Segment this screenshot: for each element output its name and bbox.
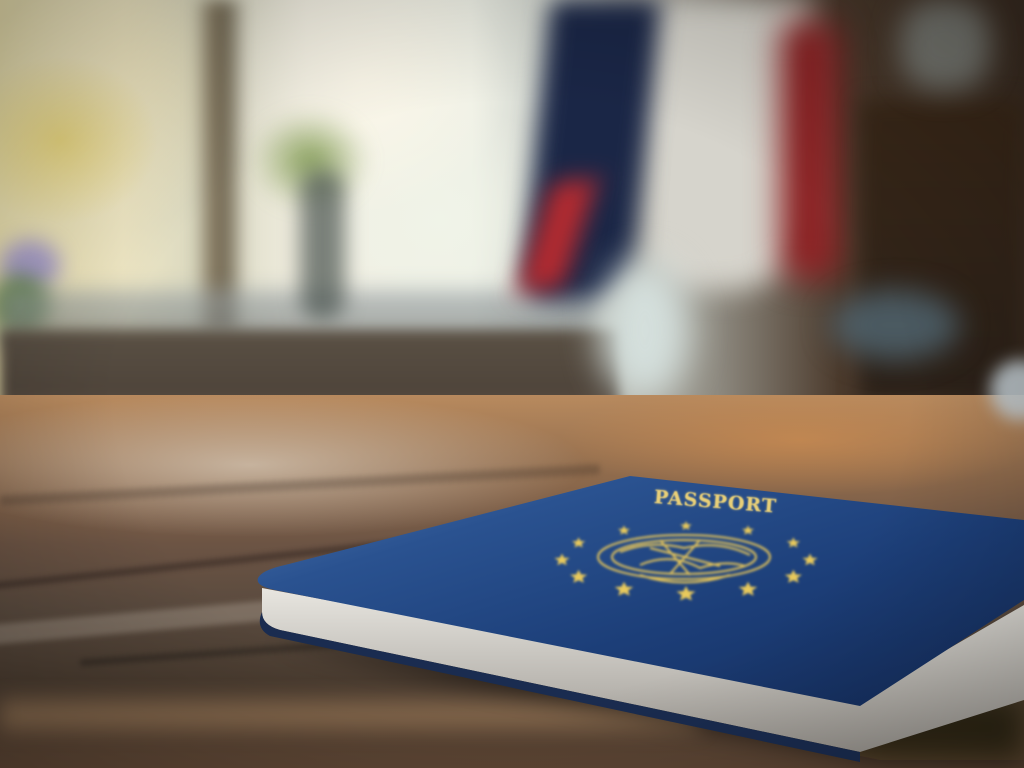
photo-scene: PASSPORT bbox=[0, 0, 1024, 768]
passport bbox=[0, 0, 1024, 768]
